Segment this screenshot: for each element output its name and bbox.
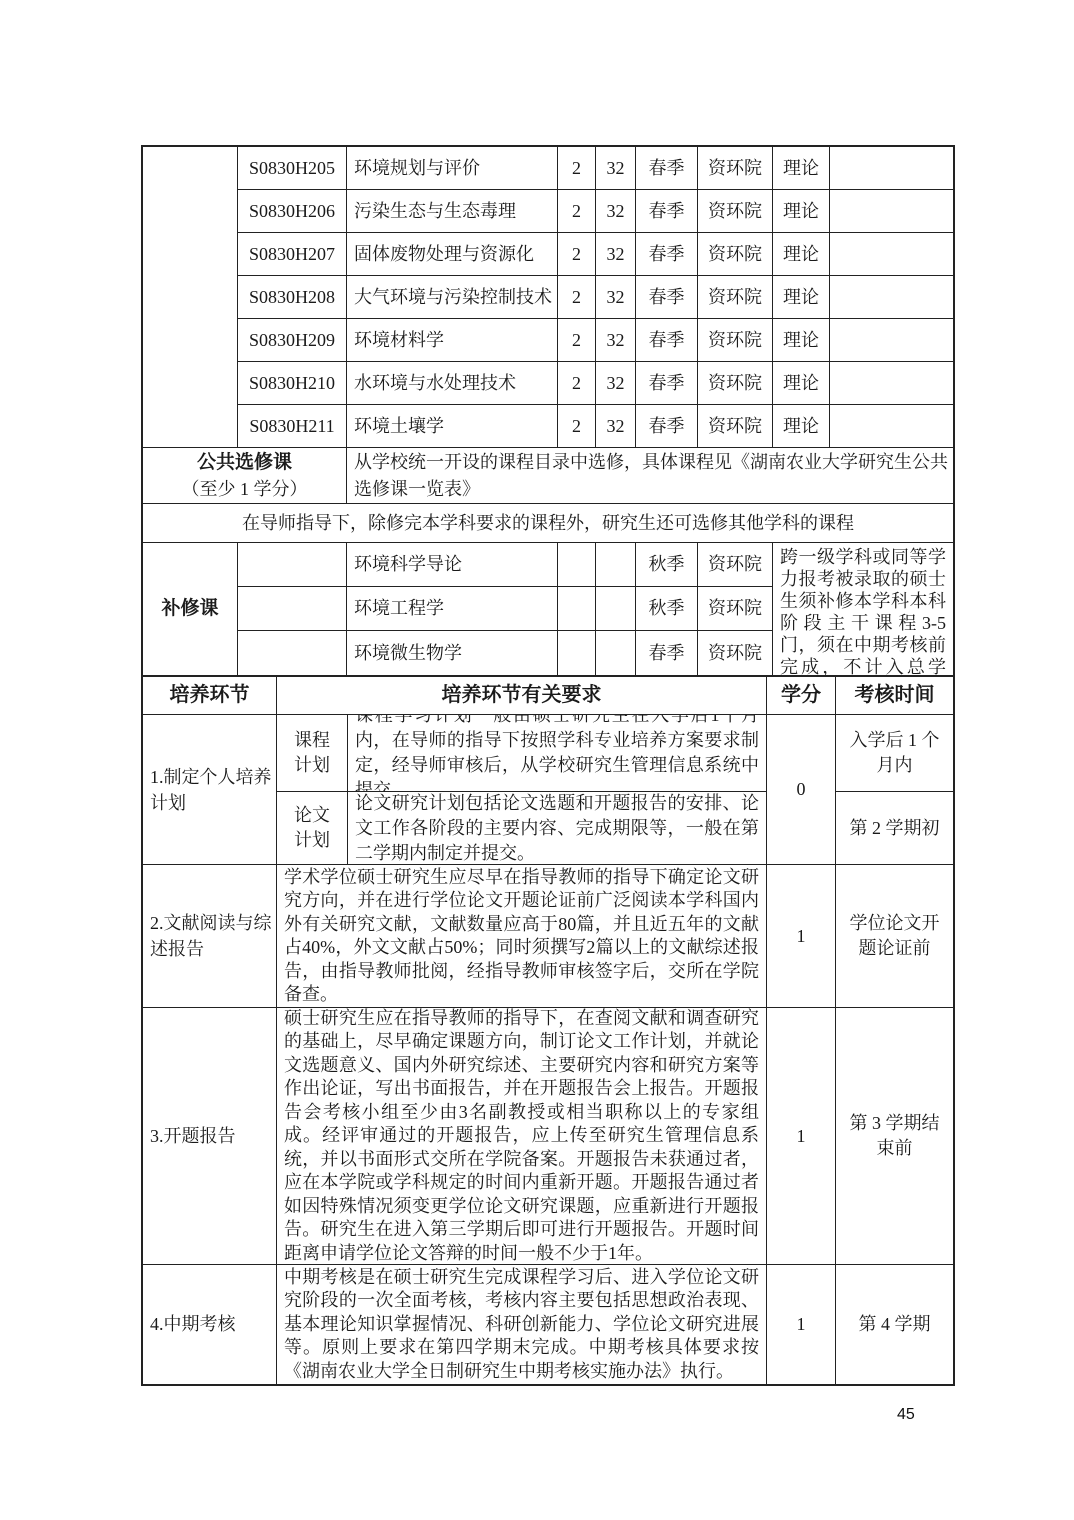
advisor-note: 在导师指导下，除修完本学科要求的课程外，研究生还可选修其他学科的课程 [143,504,953,543]
course-name: 环境材料学 [347,319,558,362]
section1-credits: 0 [767,715,836,865]
supp-semester: 秋季 [636,543,698,587]
supp-course-name: 环境微生物学 [347,631,558,675]
supplementary-note: 跨一级学科或同等学力报考被录取的硕士生须补修本学科本科阶段主干课程3-5门，须在… [773,543,953,675]
course-semester: 春季 [636,319,698,362]
section1-thesis-plan-time: 第 2 学期初 [836,792,953,865]
course-note-empty [830,233,953,276]
course-code: S0830H210 [238,362,347,405]
course-code: S0830H211 [238,405,347,448]
section1-label: 1.制定个人培养计划 [143,715,277,865]
supp-code-empty [238,631,347,675]
course-code: S0830H207 [238,233,347,276]
course-name: 环境土壤学 [347,405,558,448]
section2-text: 学术学位硕士研究生应尽早在指导教师的指导下确定论文研究方向，并在进行学位论文开题… [277,865,767,1008]
course-hours: 32 [596,147,636,190]
supp-code-empty [238,587,347,631]
header-credits: 学分 [767,677,836,715]
supp-code-empty [238,543,347,587]
course-hours: 32 [596,319,636,362]
course-credits: 2 [558,319,596,362]
supp-hours-empty [596,587,636,631]
section1-course-plan-label: 课程计划 [277,715,348,792]
course-hours: 32 [596,276,636,319]
course-credits: 2 [558,405,596,448]
course-semester: 春季 [636,233,698,276]
course-note-empty [830,319,953,362]
training-table: 培养环节 培养环节有关要求 学分 考核时间 1.制定个人培养计划 课程计划 课程… [141,675,955,1386]
header-stage: 培养环节 [143,677,277,715]
supp-dept: 资环院 [698,543,773,587]
course-hours: 32 [596,362,636,405]
course-type: 理论 [773,405,830,448]
supp-semester: 秋季 [636,587,698,631]
course-table: S0830H205 环境规划与评价 2 32 春季 资环院 理论 S0830H2… [141,145,955,677]
section4-label: 4.中期考核 [143,1265,277,1384]
section1-thesis-plan-text: 论文研究计划包括论文选题和开题报告的安排、论文工作各阶段的主要内容、完成期限等，… [348,792,767,865]
header-requirements: 培养环节有关要求 [277,677,767,715]
supp-course-name: 环境工程学 [347,587,558,631]
section3-text: 硕士研究生应在指导教师的指导下，在查阅文献和调查研究的基础上，尽早确定课题方向，… [277,1008,767,1265]
supp-course-name: 环境科学导论 [347,543,558,587]
public-elective-label-cell: 公共选修课 （至少 1 学分） [143,448,347,504]
section1-course-plan-text: 课程学习计划一般由硕士研究生在入学后1个月内，在导师的指导下按照学科专业培养方案… [348,715,767,792]
course-credits: 2 [558,190,596,233]
course-semester: 春季 [636,362,698,405]
section3-credits: 1 [767,1008,836,1265]
public-elective-description: 从学校统一开设的课程目录中选修，具体课程见《湖南农业大学研究生公共选修课一览表》 [347,448,953,504]
tables-wrapper: S0830H205 环境规划与评价 2 32 春季 资环院 理论 S0830H2… [141,145,955,1386]
supp-hours-empty [596,543,636,587]
supp-credits-empty [558,587,596,631]
course-dept: 资环院 [698,276,773,319]
course-name: 固体废物处理与资源化 [347,233,558,276]
course-type: 理论 [773,147,830,190]
course-semester: 春季 [636,190,698,233]
section4-credits: 1 [767,1265,836,1384]
course-type: 理论 [773,362,830,405]
supp-dept: 资环院 [698,631,773,675]
section2-credits: 1 [767,865,836,1008]
course-credits: 2 [558,233,596,276]
section2-label: 2.文献阅读与综述报告 [143,865,277,1008]
supp-credits-empty [558,631,596,675]
course-code: S0830H206 [238,190,347,233]
section4-time: 第 4 学期 [836,1265,953,1384]
course-semester: 春季 [636,405,698,448]
section3-label: 3.开题报告 [143,1008,277,1265]
course-type: 理论 [773,233,830,276]
course-dept: 资环院 [698,362,773,405]
course-semester: 春季 [636,276,698,319]
course-name: 污染生态与生态毒理 [347,190,558,233]
section1-thesis-plan-label: 论文计划 [277,792,348,865]
section3-time: 第 3 学期结束前 [836,1008,953,1265]
course-dept: 资环院 [698,405,773,448]
section4-text: 中期考核是在硕士研究生完成课程学习后、进入学位论文研究阶段的一次全面考核，考核内… [277,1265,767,1384]
supp-credits-empty [558,543,596,587]
section1-course-plan-time: 入学后 1 个月内 [836,715,953,792]
course-dept: 资环院 [698,147,773,190]
course-note-empty [830,190,953,233]
supplementary-label: 补修课 [143,543,238,675]
supp-dept: 资环院 [698,587,773,631]
course-dept: 资环院 [698,233,773,276]
header-time: 考核时间 [836,677,953,715]
public-elective-sublabel: （至少 1 学分） [182,476,308,502]
course-dept: 资环院 [698,319,773,362]
course-hours: 32 [596,190,636,233]
course-note-empty [830,147,953,190]
course-code: S0830H209 [238,319,347,362]
course-note-empty [830,362,953,405]
course-name: 环境规划与评价 [347,147,558,190]
course-semester: 春季 [636,147,698,190]
course-code: S0830H205 [238,147,347,190]
supp-semester: 春季 [636,631,698,675]
course-type: 理论 [773,276,830,319]
course-name: 水环境与水处理技术 [347,362,558,405]
public-elective-label: 公共选修课 [197,450,292,476]
course-hours: 32 [596,233,636,276]
course-type: 理论 [773,190,830,233]
section2-time: 学位论文开题论证前 [836,865,953,1008]
supp-hours-empty [596,631,636,675]
course-note-empty [830,405,953,448]
course-credits: 2 [558,276,596,319]
course-credits: 2 [558,147,596,190]
course-dept: 资环院 [698,190,773,233]
category-empty-cell [143,147,238,448]
course-credits: 2 [558,362,596,405]
course-type: 理论 [773,319,830,362]
course-name: 大气环境与污染控制技术 [347,276,558,319]
page-number: 45 [897,1406,915,1424]
course-code: S0830H208 [238,276,347,319]
course-note-empty [830,276,953,319]
document-page: S0830H205 环境规划与评价 2 32 春季 资环院 理论 S0830H2… [0,0,1074,1520]
course-hours: 32 [596,405,636,448]
